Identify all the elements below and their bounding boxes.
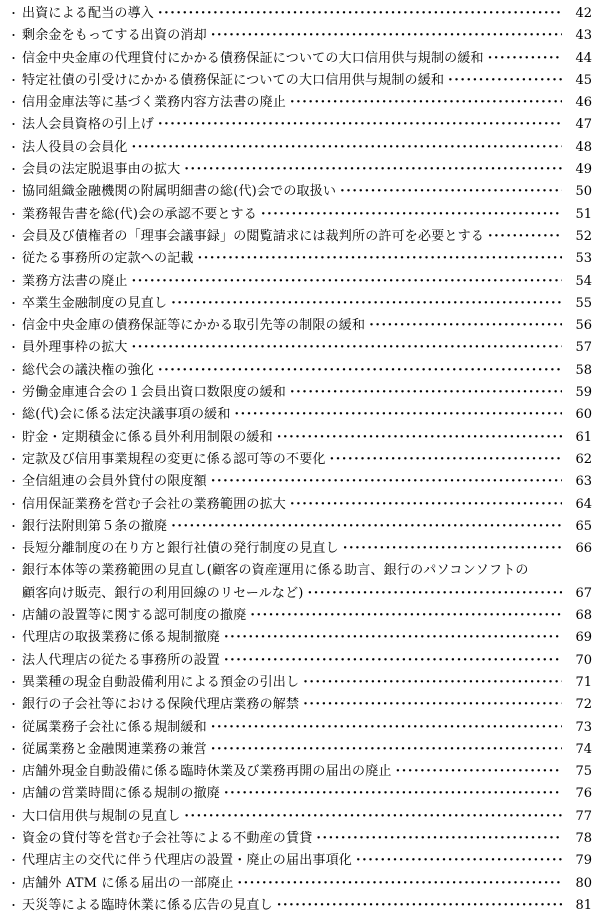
dot-leader: ········································… — [340, 181, 562, 203]
toc-entry-line: ・信金中央金庫の債務保証等にかかる取引先等の制限の緩和·············… — [8, 315, 592, 337]
dot-leader: ········································… — [356, 850, 562, 872]
dot-leader: ········································… — [171, 293, 562, 315]
page-number: 46 — [570, 92, 592, 114]
toc-entry-title: 代理店の取扱業務に係る規制撤廃 — [22, 627, 220, 649]
toc-entry-title: 従たる事務所の定款への記載 — [22, 248, 194, 270]
bullet-icon: ・ — [8, 271, 22, 293]
bullet-icon: ・ — [8, 783, 22, 805]
bullet-icon: ・ — [8, 114, 22, 136]
bullet-icon: ・ — [8, 717, 22, 739]
document-page: ・出資による配当の導入·····························… — [0, 0, 607, 918]
toc-entry-line: ・天災等による臨時休業に係る広告の見直し····················… — [8, 895, 592, 917]
dot-leader: ········································… — [308, 583, 562, 605]
page-number: 60 — [570, 404, 592, 426]
toc-entry-line: ・全信組連の会員外貸付の限度額·························… — [8, 471, 592, 493]
dot-leader: ········································… — [171, 516, 562, 538]
toc-entry-line: ・法人代理店の従たる事務所の設置························… — [8, 650, 592, 672]
bullet-icon: ・ — [8, 538, 22, 560]
bullet-icon: ・ — [8, 3, 22, 25]
page-number: 78 — [570, 828, 592, 850]
dot-leader: ········································… — [211, 25, 562, 47]
toc-entry-line: ・従属業務子会社に係る規制緩和·························… — [8, 717, 592, 739]
bullet-icon: ・ — [8, 248, 22, 270]
page-number: 63 — [570, 471, 592, 493]
page-number: 56 — [570, 315, 592, 337]
toc-entry-title: 全信組連の会員外貸付の限度額 — [22, 471, 207, 493]
dot-leader: ········································… — [158, 360, 562, 382]
bullet-icon: ・ — [8, 806, 22, 828]
bullet-icon: ・ — [8, 516, 22, 538]
bullet-icon: ・ — [8, 204, 22, 226]
toc-entry-title: 従属業務と金融関連業務の兼営 — [22, 739, 207, 761]
toc-entry-title: 天災等による臨時休業に係る広告の見直し — [22, 895, 273, 917]
toc-entry-title: 業務方法書の廃止 — [22, 271, 128, 293]
toc-entry-title: 労働金庫連合会の１会員出資口数限度の緩和 — [22, 382, 286, 404]
bullet-icon: ・ — [8, 226, 22, 248]
page-number: 45 — [570, 70, 592, 92]
toc-entry-line: ・特定社債の引受けにかかる債務保証についての大口信用供与規制の緩和·······… — [8, 70, 592, 92]
dot-leader: ········································… — [316, 828, 562, 850]
dot-leader: ········································… — [238, 873, 562, 895]
table-of-contents: ・出資による配当の導入·····························… — [8, 3, 592, 917]
toc-entry-title: 銀行本体等の業務範囲の見直し(顧客の資産運用に係る助言、銀行のパソコンソフトの — [22, 560, 529, 582]
page-number: 62 — [570, 449, 592, 471]
toc-entry-title: 店舗外 ATM に係る届出の一部廃止 — [22, 873, 234, 895]
bullet-icon: ・ — [8, 70, 22, 92]
bullet-icon: ・ — [8, 672, 22, 694]
toc-entry-title: 信用保証業務を営む子会社の業務範囲の拡大 — [22, 494, 286, 516]
page-number: 72 — [570, 694, 592, 716]
bullet-icon: ・ — [8, 850, 22, 872]
dot-leader: ········································… — [488, 48, 562, 70]
toc-entry-title: 店舗の設置等に関する認可制度の撤廃 — [22, 605, 246, 627]
toc-entry-title: 資金の貸付等を営む子会社等による不動産の賃貸 — [22, 828, 312, 850]
toc-entry-title: 顧客向け販売、銀行の利用回線のリセールなど) — [22, 583, 304, 605]
dot-leader: ········································… — [277, 895, 562, 917]
toc-entry-title: 会員及び債権者の「理事会議事録」の閲覧請求には裁判所の許可を必要とする — [22, 226, 484, 248]
dot-leader: ········································… — [290, 494, 562, 516]
page-number: 42 — [570, 3, 592, 25]
page-number: 81 — [570, 895, 592, 917]
toc-entry-title: 員外理事枠の拡大 — [22, 337, 128, 359]
dot-leader: ········································… — [277, 427, 562, 449]
toc-entry-title: 異業種の現金自動設備利用による預金の引出し — [22, 672, 299, 694]
bullet-icon: ・ — [8, 895, 22, 917]
toc-entry-line: ・法人会員資格の引上げ·····························… — [8, 114, 592, 136]
page-number: 43 — [570, 25, 592, 47]
toc-entry-line: ・総(代)会に係る法定決議事項の緩和······················… — [8, 404, 592, 426]
dot-leader: ········································… — [250, 605, 562, 627]
page-number: 57 — [570, 337, 592, 359]
toc-entry-title: 信用金庫法等に基づく業務内容方法書の廃止 — [22, 92, 286, 114]
bullet-icon: ・ — [8, 404, 22, 426]
bullet-icon: ・ — [8, 92, 22, 114]
bullet-icon: ・ — [8, 761, 22, 783]
toc-entry-title: 協同組織金融機関の附属明細書の総(代)会での取扱い — [22, 181, 336, 203]
dot-leader: ········································… — [290, 382, 562, 404]
bullet-icon: ・ — [8, 605, 22, 627]
toc-entry-line: ・協同組織金融機関の附属明細書の総(代)会での取扱い··············… — [8, 181, 592, 203]
bullet-icon: ・ — [8, 494, 22, 516]
toc-entry-title: 法人代理店の従たる事務所の設置 — [22, 650, 220, 672]
dot-leader: ········································… — [132, 337, 562, 359]
page-number: 61 — [570, 427, 592, 449]
page-number: 67 — [570, 583, 592, 605]
toc-entry-title: 従属業務子会社に係る規制緩和 — [22, 717, 207, 739]
bullet-icon: ・ — [8, 873, 22, 895]
toc-entry-title: 定款及び信用事業規程の変更に係る認可等の不要化 — [22, 449, 326, 471]
page-number: 53 — [570, 248, 592, 270]
bullet-icon: ・ — [8, 315, 22, 337]
dot-leader: ········································… — [235, 404, 562, 426]
dot-leader: ········································… — [396, 761, 562, 783]
page-number: 71 — [570, 672, 592, 694]
toc-entry-title: 店舗外現金自動設備に係る臨時休業及び業務再開の届出の廃止 — [22, 761, 392, 783]
toc-entry-title: 銀行の子会社等における保険代理店業務の解禁 — [22, 694, 299, 716]
bullet-icon: ・ — [8, 360, 22, 382]
toc-entry-line: ・出資による配当の導入·····························… — [8, 3, 592, 25]
bullet-icon: ・ — [8, 471, 22, 493]
page-number: 66 — [570, 538, 592, 560]
toc-entry-line: ・総代会の議決権の強化·····························… — [8, 360, 592, 382]
dot-leader: ········································… — [224, 783, 562, 805]
dot-leader: ········································… — [343, 538, 562, 560]
dot-leader: ········································… — [290, 92, 562, 114]
toc-entry-line: ・法人役員の会員化·······························… — [8, 137, 592, 159]
page-number: 64 — [570, 494, 592, 516]
toc-entry-title: 信金中央金庫の債務保証等にかかる取引先等の制限の緩和 — [22, 315, 365, 337]
toc-entry-title: 総代会の議決権の強化 — [22, 360, 154, 382]
page-number: 55 — [570, 293, 592, 315]
dot-leader: ········································… — [303, 694, 562, 716]
toc-entry-line: ・店舗の営業時間に係る規制の撤廃························… — [8, 783, 592, 805]
toc-entry-line: ・剰余金をもってする出資の消却·························… — [8, 25, 592, 47]
dot-leader: ········································… — [330, 449, 562, 471]
bullet-icon: ・ — [8, 828, 22, 850]
toc-entry-line: ・店舗外 ATM に係る届出の一部廃止·····················… — [8, 873, 592, 895]
toc-entry-line: ・店舗外現金自動設備に係る臨時休業及び業務再開の届出の廃止···········… — [8, 761, 592, 783]
toc-entry-title: 貯金・定期積金に係る員外利用制限の緩和 — [22, 427, 273, 449]
bullet-icon: ・ — [8, 739, 22, 761]
page-number: 73 — [570, 717, 592, 739]
toc-entry-line: ・業務方法書の廃止·······························… — [8, 271, 592, 293]
toc-entry-line: ・長短分離制度の在り方と銀行社債の発行制度の見直し···············… — [8, 538, 592, 560]
bullet-icon: ・ — [8, 560, 22, 582]
page-number: 74 — [570, 739, 592, 761]
dot-leader: ········································… — [303, 672, 562, 694]
page-number: 54 — [570, 271, 592, 293]
bullet-icon: ・ — [8, 159, 22, 181]
page-number: 49 — [570, 159, 592, 181]
toc-entry-line: ・店舗の設置等に関する認可制度の撤廃······················… — [8, 605, 592, 627]
toc-entry-line: ・従たる事務所の定款への記載··························… — [8, 248, 592, 270]
toc-entry-title: 特定社債の引受けにかかる債務保証についての大口信用供与規制の緩和 — [22, 70, 444, 92]
toc-entry-line: ・銀行本体等の業務範囲の見直し(顧客の資産運用に係る助言、銀行のパソコンソフトの — [8, 560, 592, 582]
page-number: 69 — [570, 627, 592, 649]
toc-entry-title: 出資による配当の導入 — [22, 3, 154, 25]
bullet-icon: ・ — [8, 337, 22, 359]
dot-leader: ········································… — [184, 159, 562, 181]
toc-entry-line: ・従属業務と金融関連業務の兼営·························… — [8, 739, 592, 761]
page-number: 77 — [570, 806, 592, 828]
toc-entry-line: ・員外理事枠の拡大·······························… — [8, 337, 592, 359]
page-number: 68 — [570, 605, 592, 627]
toc-entry-title: 銀行法附則第５条の撤廃 — [22, 516, 167, 538]
dot-leader: ········································… — [158, 3, 562, 25]
toc-entry-title: 信金中央金庫の代理貸付にかかる債務保証についての大口信用供与規制の緩和 — [22, 48, 484, 70]
dot-leader: ········································… — [211, 471, 562, 493]
page-number: 59 — [570, 382, 592, 404]
bullet-icon: ・ — [8, 137, 22, 159]
toc-entry-title: 大口信用供与規制の見直し — [22, 806, 180, 828]
toc-entry-line: 顧客向け販売、銀行の利用回線のリセールなど)··················… — [8, 583, 592, 605]
toc-entry-title: 法人会員資格の引上げ — [22, 114, 154, 136]
page-number: 51 — [570, 204, 592, 226]
toc-entry-title: 卒業生金融制度の見直し — [22, 293, 167, 315]
toc-entry-line: ・資金の貸付等を営む子会社等による不動産の賃貸·················… — [8, 828, 592, 850]
toc-entry-title: 会員の法定脱退事由の拡大 — [22, 159, 180, 181]
toc-entry-title: 代理店主の交代に伴う代理店の設置・廃止の届出事項化 — [22, 850, 352, 872]
dot-leader: ········································… — [211, 739, 562, 761]
dot-leader: ········································… — [211, 717, 562, 739]
page-number: 75 — [570, 761, 592, 783]
toc-entry-line: ・貯金・定期積金に係る員外利用制限の緩和····················… — [8, 427, 592, 449]
bullet-icon: ・ — [8, 48, 22, 70]
page-number: 76 — [570, 783, 592, 805]
dot-leader: ········································… — [184, 806, 562, 828]
page-number: 50 — [570, 181, 592, 203]
toc-entry-line: ・代理店の取扱業務に係る規制撤廃························… — [8, 627, 592, 649]
page-number: 52 — [570, 226, 592, 248]
page-number: 79 — [570, 850, 592, 872]
bullet-icon: ・ — [8, 427, 22, 449]
toc-entry-title: 長短分離制度の在り方と銀行社債の発行制度の見直し — [22, 538, 339, 560]
bullet-icon: ・ — [8, 382, 22, 404]
dot-leader: ········································… — [224, 650, 562, 672]
bullet-icon: ・ — [8, 650, 22, 672]
toc-entry-title: 店舗の営業時間に係る規制の撤廃 — [22, 783, 220, 805]
bullet-icon: ・ — [8, 25, 22, 47]
toc-entry-line: ・信用保証業務を営む子会社の業務範囲の拡大···················… — [8, 494, 592, 516]
toc-entry-line: ・大口信用供与規制の見直し···························… — [8, 806, 592, 828]
page-number: 44 — [570, 48, 592, 70]
toc-entry-line: ・労働金庫連合会の１会員出資口数限度の緩和···················… — [8, 382, 592, 404]
page-number: 48 — [570, 137, 592, 159]
bullet-icon: ・ — [8, 293, 22, 315]
page-number: 80 — [570, 873, 592, 895]
bullet-icon: ・ — [8, 181, 22, 203]
toc-entry-line: ・会員及び債権者の「理事会議事録」の閲覧請求には裁判所の許可を必要とする····… — [8, 226, 592, 248]
toc-entry-line: ・会員の法定脱退事由の拡大···························… — [8, 159, 592, 181]
toc-entry-line: ・信用金庫法等に基づく業務内容方法書の廃止···················… — [8, 92, 592, 114]
bullet-icon: ・ — [8, 627, 22, 649]
toc-entry-title: 剰余金をもってする出資の消却 — [22, 25, 207, 47]
dot-leader: ········································… — [158, 114, 562, 136]
dot-leader: ········································… — [224, 627, 562, 649]
dot-leader: ········································… — [448, 70, 562, 92]
dot-leader: ········································… — [198, 248, 562, 270]
bullet-icon: ・ — [8, 449, 22, 471]
toc-entry-line: ・異業種の現金自動設備利用による預金の引出し··················… — [8, 672, 592, 694]
toc-entry-line: ・卒業生金融制度の見直し····························… — [8, 293, 592, 315]
dot-leader: ········································… — [488, 226, 562, 248]
toc-entry-title: 総(代)会に係る法定決議事項の緩和 — [22, 404, 231, 426]
toc-entry-line: ・銀行法附則第５条の撤廃····························… — [8, 516, 592, 538]
bullet-icon: ・ — [8, 694, 22, 716]
toc-entry-title: 法人役員の会員化 — [22, 137, 128, 159]
page-number: 65 — [570, 516, 592, 538]
toc-entry-line: ・信金中央金庫の代理貸付にかかる債務保証についての大口信用供与規制の緩和····… — [8, 48, 592, 70]
toc-entry-title: 業務報告書を総(代)会の承認不要とする — [22, 204, 257, 226]
toc-entry-line: ・業務報告書を総(代)会の承認不要とする····················… — [8, 204, 592, 226]
toc-entry-line: ・定款及び信用事業規程の変更に係る認可等の不要化················… — [8, 449, 592, 471]
page-number: 58 — [570, 360, 592, 382]
page-number: 47 — [570, 114, 592, 136]
page-number: 70 — [570, 650, 592, 672]
dot-leader: ········································… — [132, 271, 562, 293]
toc-entry-line: ・代理店主の交代に伴う代理店の設置・廃止の届出事項化··············… — [8, 850, 592, 872]
dot-leader: ········································… — [132, 137, 562, 159]
dot-leader: ········································… — [261, 204, 562, 226]
dot-leader: ········································… — [369, 315, 562, 337]
toc-entry-line: ・銀行の子会社等における保険代理店業務の解禁··················… — [8, 694, 592, 716]
